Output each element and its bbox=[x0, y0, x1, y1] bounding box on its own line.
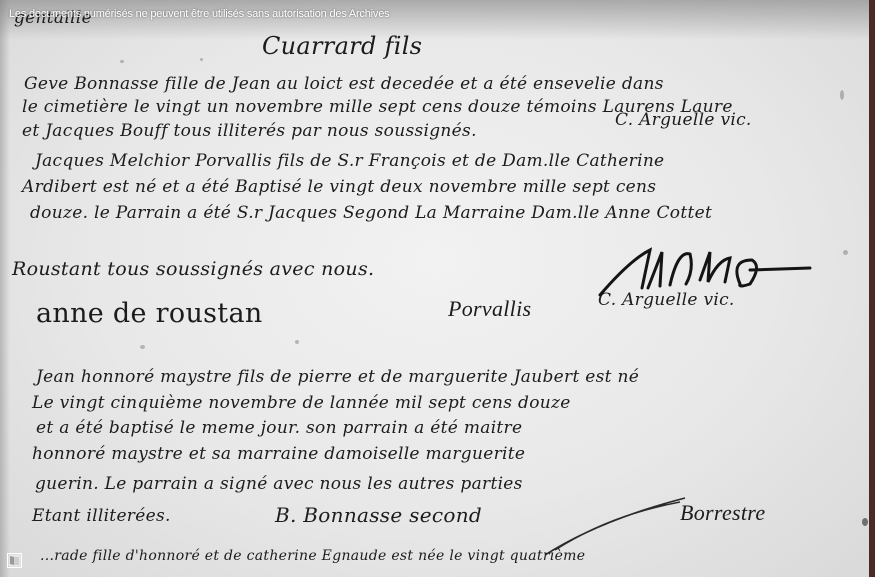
thumbnail-panel-toggle-button[interactable] bbox=[7, 553, 22, 568]
handwritten-line: Roustant tous soussignés avec nous. bbox=[12, 258, 374, 280]
handwritten-line: Jean honnoré maystre fils de pierre et d… bbox=[36, 367, 639, 387]
handwritten-line: douze. le Parrain a été S.r Jacques Sego… bbox=[30, 203, 712, 223]
paper-speck bbox=[200, 58, 203, 61]
copyright-notice: Les documents numérisés ne peuvent être … bbox=[9, 8, 389, 20]
handwritten-signature: Borrestre bbox=[680, 500, 765, 526]
handwritten-line: Etant illiterées. bbox=[32, 506, 171, 526]
handwritten-signature: Cuarrard fils bbox=[262, 32, 422, 60]
handwritten-line: guerin. Le parrain a signé avec nous les… bbox=[35, 474, 523, 494]
viewer-right-border bbox=[869, 0, 875, 577]
paper-speck bbox=[295, 340, 299, 344]
paper-speck bbox=[840, 90, 844, 100]
handwritten-signature: Porvallis bbox=[448, 296, 531, 322]
handwritten-signature: C. Arguelle vic. bbox=[615, 110, 752, 130]
handwritten-signature: C. Arguelle vic. bbox=[598, 290, 735, 310]
handwritten-line: ...rade fille d'honnoré et de catherine … bbox=[40, 548, 585, 564]
page-thumbnail-icon bbox=[8, 554, 21, 567]
document-viewer[interactable]: Les documents numérisés ne peuvent être … bbox=[0, 0, 869, 577]
paper-speck bbox=[862, 518, 868, 526]
paper-speck bbox=[140, 345, 145, 349]
paper-speck bbox=[120, 60, 124, 63]
handwritten-signature: B. Bonnasse second bbox=[275, 503, 482, 527]
handwritten-line: et a été baptisé le meme jour. son parra… bbox=[36, 418, 522, 438]
handwritten-signature: anne de roustan bbox=[36, 298, 263, 329]
paper-speck bbox=[843, 250, 848, 255]
handwritten-line: honnoré maystre et sa marraine damoisell… bbox=[32, 444, 525, 464]
handwritten-line: et Jacques Bouff tous illiterés par nous… bbox=[22, 121, 477, 141]
handwritten-line: Geve Bonnasse fille de Jean au loict est… bbox=[24, 74, 664, 94]
handwritten-line: Le vingt cinquième novembre de lannée mi… bbox=[32, 393, 571, 413]
handwritten-line: Jacques Melchior Porvallis fils de S.r F… bbox=[35, 151, 664, 171]
handwritten-line: Ardibert est né et a été Baptisé le ving… bbox=[22, 177, 656, 197]
